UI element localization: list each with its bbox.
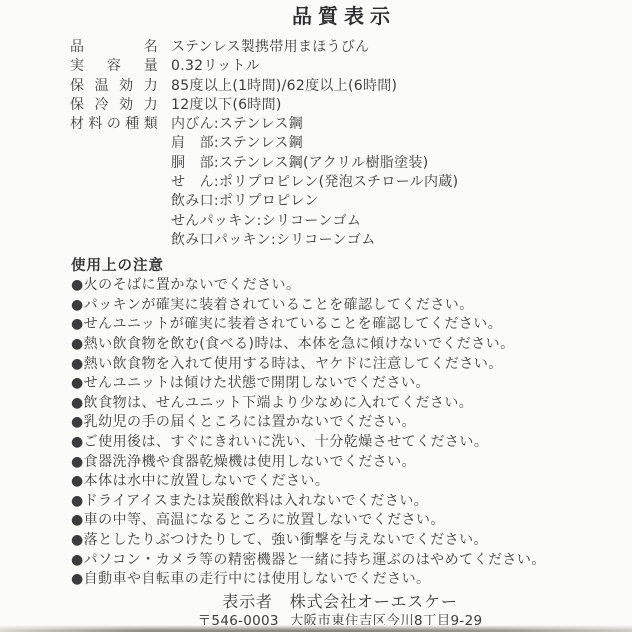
spec-row-capacity: 実容量 0.32リットル: [70, 57, 632, 76]
spec-label-spacer: [70, 212, 158, 231]
photo-edge-shadow: [0, 625, 632, 632]
spec-row-materials: 肩 部:ステンレス鋼: [70, 134, 632, 153]
spec-value: 85度以上(1時間)/62度以上(6時間): [171, 77, 397, 96]
caution-item: ●ご使用後は、すぐにきれいに洗い、十分乾燥させてください。: [71, 433, 632, 453]
spec-value: 12度以下(6時間): [171, 96, 282, 115]
caution-item: ●飲食物は、せんユニット下端より少なめに入れてください。: [71, 394, 632, 414]
spec-row-materials: 材料の種類 内びん:ステンレス鋼: [70, 115, 632, 134]
spec-label: 実容量: [70, 57, 158, 76]
caution-item: ●ドライアイスまたは炭酸飲料は入れないでください。: [71, 492, 632, 512]
usage-cautions-section: 使用上の注意 ●火のそばに置かないでください。 ●パッキンが確実に装着されている…: [71, 256, 632, 590]
caution-item: ●乳幼児の手の届くところには置かないでください。: [71, 413, 632, 433]
material-line: 胴 部:ステンレス鋼(アクリル樹脂塗装): [171, 154, 428, 173]
caution-item: ●落としたりぶつけたりして、強い衝撃を与えないでください。: [71, 531, 632, 551]
caution-item: ●せんユニットは傾けた状態で開閉しないでください。: [71, 374, 632, 394]
spec-value: ステンレス製携帯用まほうびん: [171, 38, 369, 57]
spec-label-spacer: [70, 154, 158, 173]
spec-table: 品名 ステンレス製携帯用まほうびん 実容量 0.32リットル 保温効力 85度以…: [70, 38, 632, 250]
spec-label: 保温効力: [70, 77, 158, 96]
spec-row-heat-retention: 保温効力 85度以上(1時間)/62度以上(6時間): [70, 77, 632, 96]
material-line: 内びん:ステンレス鋼: [171, 115, 303, 134]
spec-row-cold-retention: 保冷効力 12度以下(6時間): [70, 96, 632, 115]
publisher-line: 表示者株式会社オーエスケー: [24, 593, 632, 611]
caution-item: ●火のそばに置かないでください。: [71, 276, 632, 296]
label-footer: 表示者株式会社オーエスケー 〒546-0003大阪市東住吉区今川8丁目9-29: [24, 593, 632, 629]
publisher-label: 表示者: [222, 592, 272, 611]
caution-item: ●熱い飲食物を飲む(食べる)時は、本体を急に傾けないでください。: [71, 335, 632, 355]
cautions-heading: 使用上の注意: [71, 256, 632, 276]
spec-label: 品名: [70, 38, 158, 57]
caution-item: ●せんユニットが確実に装着されていることを確認してください。: [71, 315, 632, 335]
spec-label-spacer: [70, 173, 158, 192]
spec-row-materials: 胴 部:ステンレス鋼(アクリル樹脂塗装): [70, 154, 632, 173]
spec-row-materials: せんパッキン:シリコーンゴム: [70, 212, 632, 231]
spec-row-materials: 飲み口パッキン:シリコーンゴム: [70, 231, 632, 250]
material-line: 飲み口:ポリプロピレン: [171, 192, 319, 211]
publisher-name: 株式会社オーエスケー: [290, 592, 458, 611]
caution-item: ●熱い飲食物を入れて使用する時は、ヤケドに注意してください。: [71, 355, 632, 375]
spec-label-spacer: [70, 231, 158, 250]
spec-row-materials: 飲み口:ポリプロピレン: [70, 192, 632, 211]
caution-item: ●本体は水中に放置しないでください。: [71, 472, 632, 492]
caution-item: ●車の中等、高温になるところに放置しないでください。: [71, 511, 632, 531]
spec-label: 保冷効力: [70, 96, 158, 115]
spec-label-spacer: [70, 192, 158, 211]
spec-label: 材料の種類: [70, 115, 158, 134]
material-line: せんパッキン:シリコーンゴム: [171, 212, 361, 231]
spec-row-materials: せ ん:ポリプロピレン(発泡スチロール内蔵): [70, 173, 632, 192]
caution-item: ●自動車や自転車の走行中には使用しないでください。: [71, 570, 632, 590]
material-line: 肩 部:ステンレス鋼: [171, 134, 303, 153]
quality-label-page: 品質表示 品名 ステンレス製携帯用まほうびん 実容量 0.32リットル 保温効力…: [0, 0, 632, 632]
material-line: 飲み口パッキン:シリコーンゴム: [171, 231, 376, 250]
caution-item: ●パッキンが確実に装着されていることを確認してください。: [71, 296, 632, 316]
caution-item: ●食器洗浄機や食器乾燥機は使用しないでください。: [71, 453, 632, 473]
caution-item: ●パソコン・カメラ等の精密機器と一緒に持ち運ぶのはやめてください。: [71, 551, 632, 571]
spec-row-product-name: 品名 ステンレス製携帯用まほうびん: [70, 38, 632, 57]
page-title: 品質表示: [28, 0, 632, 29]
spec-label-spacer: [70, 134, 158, 153]
spec-value: 0.32リットル: [171, 57, 260, 76]
material-line: せ ん:ポリプロピレン(発泡スチロール内蔵): [171, 173, 458, 192]
